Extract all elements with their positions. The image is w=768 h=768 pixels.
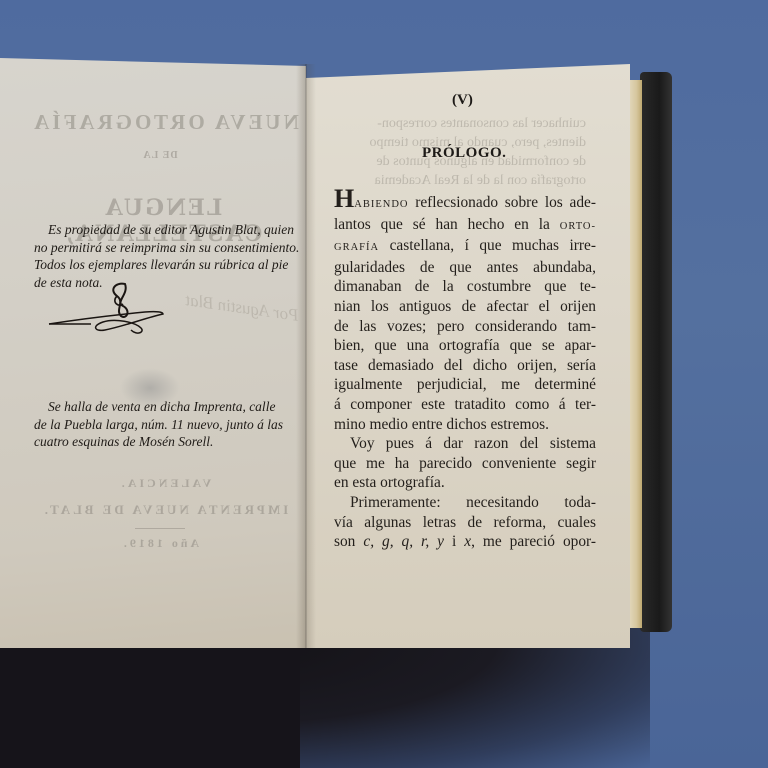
drop-cap: H (334, 184, 354, 213)
handwritten-rubric-icon (45, 280, 185, 340)
show-through-signature: Por Agustin Blat (184, 290, 300, 326)
text-line: gularidades de que antes abundaba, (334, 258, 596, 278)
text-line: tase demasiado del dicho orijen, sería (334, 356, 596, 376)
show-through-year: Año 1819. (120, 536, 200, 551)
sale-line: de la Puebla larga, núm. 11 nuevo, junto… (34, 416, 306, 434)
show-through-imprenta: IMPRENTA NUEVA DE BLAT. (40, 502, 290, 518)
page-edges (628, 80, 642, 628)
text-line: vía algunas letras de reforma, cuales (334, 513, 596, 533)
sale-line: Se halla de venta en dicha Imprenta, cal… (34, 398, 306, 416)
prologue-text: HABIENDO reflecsionado sobre los ade- la… (334, 190, 596, 552)
text-line: dimanaban de la costumbre que te- (334, 277, 596, 297)
right-page: (V) cuinhacer las consonantes correspon-… (306, 64, 630, 648)
notice-line: Todos los ejemplares llevarán su rúbrica… (34, 256, 306, 274)
show-through-city: VALENCIA. (100, 476, 230, 491)
text-line: bien, que una ortografía que se apar- (334, 336, 596, 356)
text-line: nian los antiguos de afectar el orijen (334, 297, 596, 317)
notice-line: Es propiedad de su editor Agustin Blat, … (34, 221, 306, 239)
show-through-line: cuinhacer las consonantes correspon- (336, 114, 586, 133)
book-gutter (296, 64, 316, 648)
text-line: que me ha parecido conveniente segir (334, 454, 596, 474)
book-back-cover (640, 72, 672, 632)
show-through-title: NUEVA ORTOGRAFÍA (30, 110, 300, 135)
text-line: á componer este tratadito como á ter- (334, 395, 596, 415)
show-through-de: DE LA (130, 150, 190, 161)
show-through-line: ortografía con la de la Real Academia (336, 171, 586, 190)
show-through-rule (135, 528, 185, 529)
text-line: igualmente perjudicial, me determiné (334, 375, 596, 395)
text-line: mino medio entre dichos estremos. (334, 415, 596, 435)
prologue-heading: PRÓLOGO. (422, 145, 506, 162)
book-shadow-dark (0, 640, 300, 768)
text-line: Primeramente: necesitando toda- (334, 493, 596, 513)
sale-line: cuatro esquinas de Mosén Sorell. (34, 433, 306, 451)
text-line: de las vozes; pero considerando tam- (334, 317, 596, 337)
sale-notice: Se halla de venta en dicha Imprenta, cal… (34, 398, 306, 451)
page-number: (V) (452, 92, 473, 109)
text-line: Voy pues á dar razon del sistema (334, 434, 596, 454)
left-page: NUEVA ORTOGRAFÍA DE LA LENGUA CASTELLANA… (0, 58, 306, 648)
text-line: en esta ortografía. (334, 473, 596, 493)
notice-line: no permitirá se reimprima sin su consent… (34, 239, 306, 257)
